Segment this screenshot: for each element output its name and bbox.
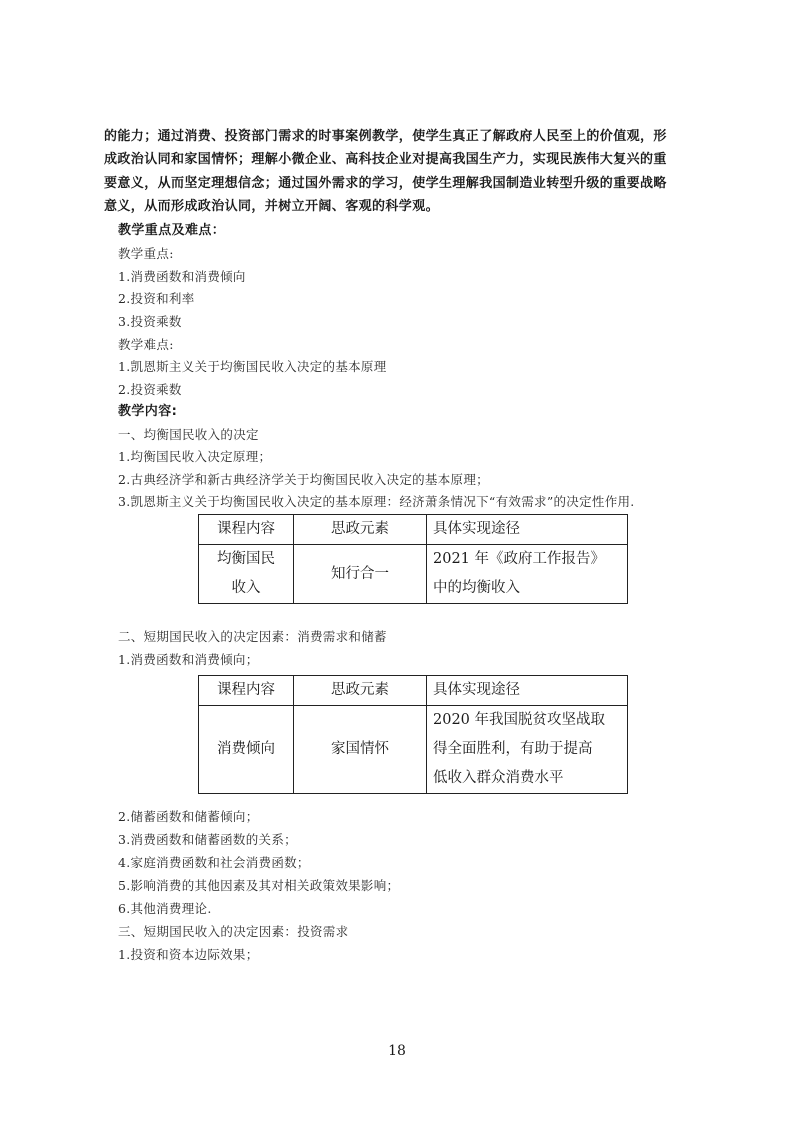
header-course-content: 课程内容 — [199, 515, 294, 545]
cell-line: 均衡国民 — [205, 545, 287, 574]
intro-line-2: 成政治认同和家国情怀；理解小微企业、高科技企业对提高我国生产力，实现民族伟大复兴… — [104, 153, 667, 167]
page-number: 18 — [0, 1043, 794, 1059]
header-ideology-element: 思政元素 — [294, 676, 427, 706]
difficulty-item: 1.凯恩斯主义关于均衡国民收入决定的基本原理 — [118, 360, 387, 374]
section-2-item: 5.影响消费的其他因素及其对相关政策效果影响； — [118, 879, 399, 893]
cell-approach: 2021 年《政府工作报告》 中的均衡收入 — [427, 545, 628, 604]
section-1-item: 2.古典经济学和新古典经济学关于均衡国民收入决定的基本原理； — [118, 473, 489, 487]
section-2-item: 2.储蓄函数和储蓄倾向； — [118, 810, 259, 824]
table-header-row: 课程内容 思政元素 具体实现途径 — [199, 515, 628, 545]
section-2-title: 二、短期国民收入的决定因素：消费需求和储蓄 — [118, 630, 387, 644]
cell-line: 低收入群众消费水平 — [433, 764, 621, 793]
intro-line-3: 要意义，从而坚定理想信念；通过国外需求的学习，使学生理解我国制造业转型升级的重要… — [104, 177, 667, 191]
cell-line: 2021 年《政府工作报告》 — [433, 545, 621, 574]
table-header-row: 课程内容 思政元素 具体实现途径 — [199, 676, 628, 706]
section-1-item: 1.均衡国民收入决定原理； — [118, 450, 271, 464]
cell-ideology-element: 家国情怀 — [294, 706, 427, 794]
section-2-item: 4.家庭消费函数和社会消费函数； — [118, 856, 310, 870]
difficulty-item: 2.投资乘数 — [118, 383, 182, 397]
cell-ideology-element: 知行合一 — [294, 545, 427, 604]
header-approach: 具体实现途径 — [427, 515, 628, 545]
section-2-item: 1.消费函数和消费倾向； — [118, 653, 259, 667]
section-3-title: 三、短期国民收入的决定因素：投资需求 — [118, 925, 348, 939]
ideology-table-2: 课程内容 思政元素 具体实现途径 消费倾向 家国情怀 2020 年我国脱贫攻坚战… — [198, 675, 628, 794]
content-heading: 教学内容: — [118, 405, 177, 419]
cell-line: 中的均衡收入 — [433, 574, 621, 603]
table-row: 均衡国民 收入 知行合一 2021 年《政府工作报告》 中的均衡收入 — [199, 545, 628, 604]
focus-label: 教学重点: — [118, 247, 174, 261]
section-1-item: 3.凯恩斯主义关于均衡国民收入决定的基本原理：经济萧条情况下“有效需求”的决定性… — [118, 495, 635, 509]
focus-item: 1.消费函数和消费倾向 — [118, 270, 246, 284]
difficulty-label: 教学难点: — [118, 338, 174, 352]
section-1-title: 一、均衡国民收入的决定 — [118, 428, 259, 442]
section-2-item: 3.消费函数和储蓄函数的关系； — [118, 833, 297, 847]
cell-course-content: 均衡国民 收入 — [199, 545, 294, 604]
header-course-content: 课程内容 — [199, 676, 294, 706]
section-3-item: 1.投资和资本边际效果； — [118, 948, 259, 962]
header-approach: 具体实现途径 — [427, 676, 628, 706]
cell-approach: 2020 年我国脱贫攻坚战取 得全面胜利，有助于提高 低收入群众消费水平 — [427, 706, 628, 794]
focus-item: 2.投资和利率 — [118, 292, 195, 306]
cell-line: 得全面胜利，有助于提高 — [433, 735, 621, 764]
ideology-table-1: 课程内容 思政元素 具体实现途径 均衡国民 收入 知行合一 2021 年《政府工… — [198, 514, 628, 604]
table-row: 消费倾向 家国情怀 2020 年我国脱贫攻坚战取 得全面胜利，有助于提高 低收入… — [199, 706, 628, 794]
cell-line: 2020 年我国脱贫攻坚战取 — [433, 706, 621, 735]
intro-line-1: 的能力；通过消费、投资部门需求的时事案例教学，使学生真正了解政府人民至上的价值观… — [104, 130, 667, 144]
intro-line-4: 意义，从而形成政治认同，并树立开阔、客观的科学观。 — [104, 200, 439, 214]
header-ideology-element: 思政元素 — [294, 515, 427, 545]
key-points-heading: 教学重点及难点： — [118, 224, 225, 238]
focus-item: 3.投资乘数 — [118, 315, 182, 329]
cell-course-content: 消费倾向 — [199, 706, 294, 794]
cell-line: 收入 — [205, 574, 287, 603]
section-2-item: 6.其他消费理论. — [118, 902, 212, 916]
